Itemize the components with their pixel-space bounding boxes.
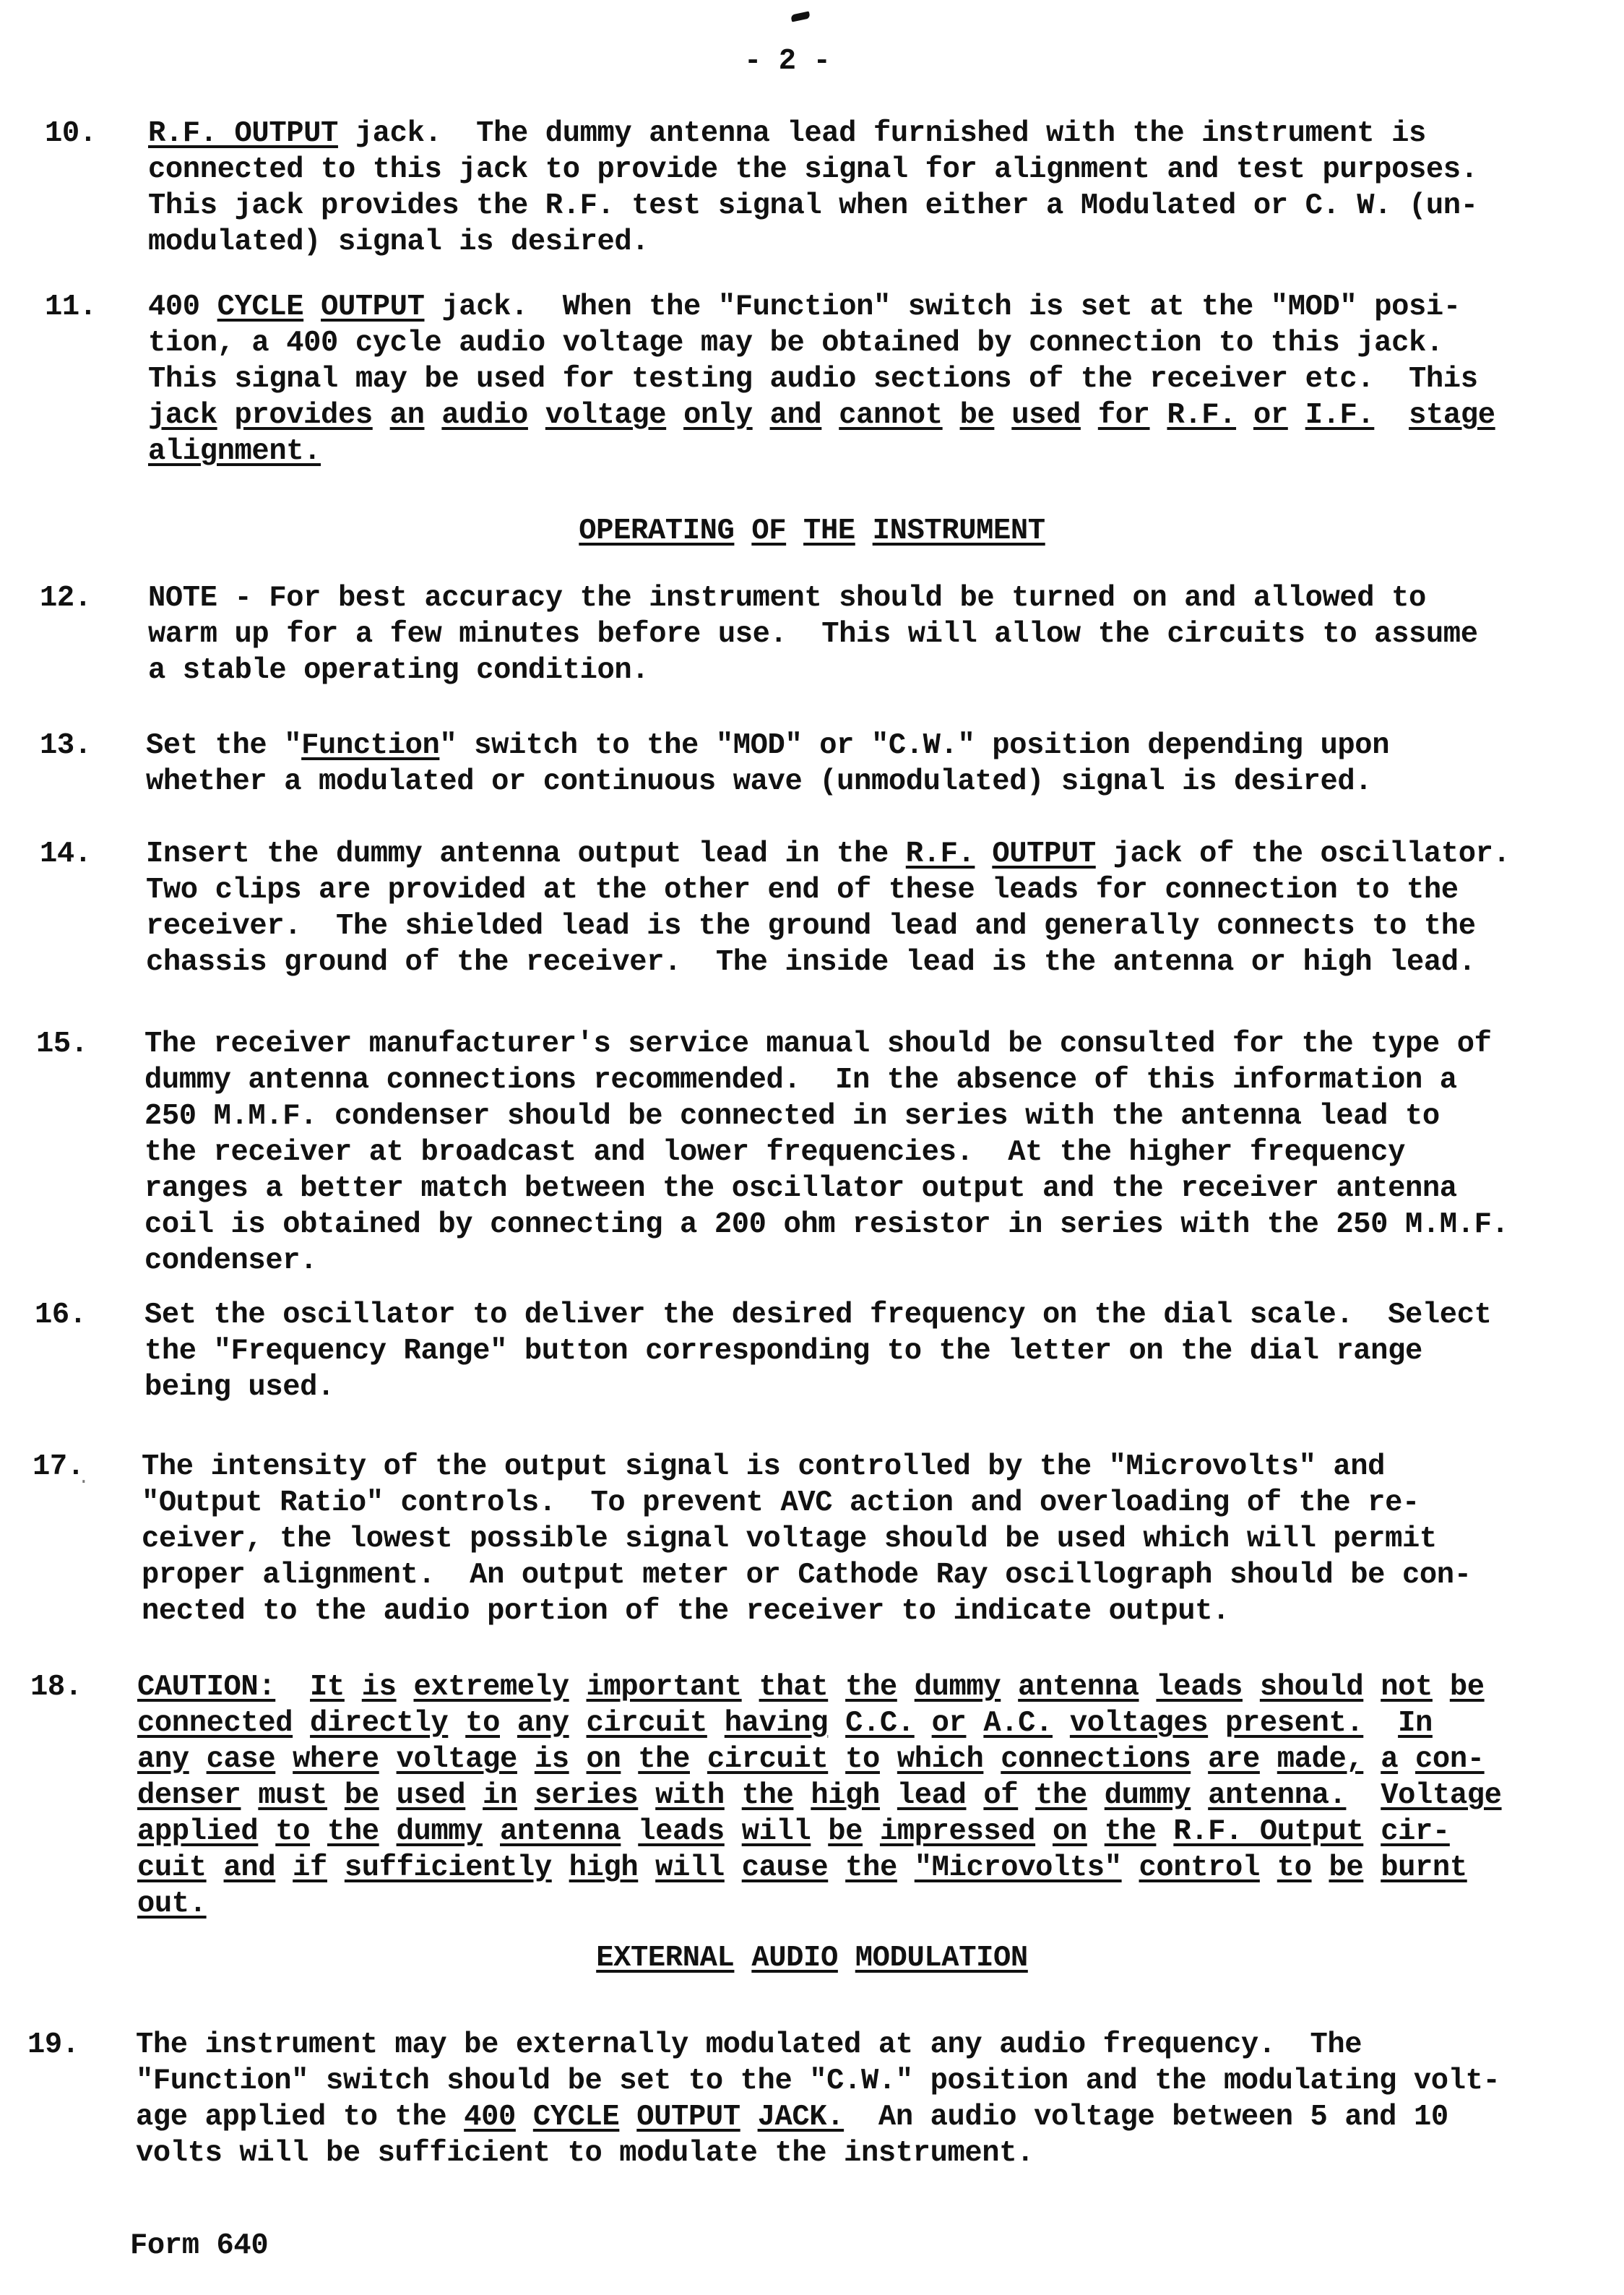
item-text-line: nected to the audio portion of the recei… xyxy=(142,1597,1230,1627)
item-number: 12. xyxy=(40,584,92,613)
item-text-line: receiver. The shielded lead is the groun… xyxy=(146,912,1476,942)
item-text-line: R.F. OUTPUT jack. The dummy antenna lead… xyxy=(148,119,1426,149)
form-number: Form 640 xyxy=(130,2229,268,2262)
ink-mark xyxy=(790,11,811,22)
item-text-line: jack provides an audio voltage only and … xyxy=(148,401,1495,431)
item-number: 13. xyxy=(40,731,92,761)
item-text-line: ranges a better match between the oscill… xyxy=(144,1174,1457,1204)
item-text-line: coil is obtained by connecting a 200 ohm… xyxy=(144,1210,1508,1240)
item-text-line: Two clips are provided at the other end … xyxy=(146,876,1459,905)
item-text-line: connected to this jack to provide the si… xyxy=(148,155,1478,185)
item-text-line: 250 M.M.F. condenser should be connected… xyxy=(144,1102,1440,1132)
item-text-line: The instrument may be externally modulat… xyxy=(136,2031,1362,2060)
item-text-line: NOTE - For best accuracy the instrument … xyxy=(148,584,1426,613)
item-text-line: Insert the dummy antenna output lead in … xyxy=(146,840,1510,869)
item-text-line: whether a modulated or continuous wave (… xyxy=(146,767,1372,797)
item-text-line: age applied to the 400 CYCLE OUTPUT JACK… xyxy=(136,2103,1448,2132)
item-text-line: Set the oscillator to deliver the desire… xyxy=(144,1301,1492,1330)
item-text-line: the receiver at broadcast and lower freq… xyxy=(144,1138,1405,1168)
item-text-line: tion, a 400 cycle audio voltage may be o… xyxy=(148,329,1443,358)
item-text-line: dummy antenna connections recommended. I… xyxy=(144,1066,1457,1095)
item-text-line: applied to the dummy antenna leads will … xyxy=(137,1817,1450,1847)
item-text-line: proper alignment. An output meter or Cat… xyxy=(142,1561,1472,1590)
item-text-line: warm up for a few minutes before use. Th… xyxy=(148,620,1478,650)
item-text-line: This jack provides the R.F. test signal … xyxy=(148,191,1478,221)
item-number: 15. xyxy=(36,1030,88,1059)
item-text-line: the "Frequency Range" button correspondi… xyxy=(144,1337,1422,1366)
section-heading: OPERATING OF THE INSTRUMENT xyxy=(0,517,1624,546)
item-number: 14. xyxy=(40,840,92,869)
item-text-line: cuit and if sufficiently high will cause… xyxy=(137,1853,1467,1883)
item-number: 10. xyxy=(45,119,97,149)
item-text-line: chassis ground of the receiver. The insi… xyxy=(146,948,1476,978)
item-text-line: The intensity of the output signal is co… xyxy=(142,1452,1385,1482)
section-heading: EXTERNAL AUDIO MODULATION xyxy=(0,1944,1624,1973)
item-text-line: out. xyxy=(137,1890,207,1919)
item-text-line: being used. xyxy=(144,1373,334,1403)
item-text-line: volts will be sufficient to modulate the… xyxy=(136,2139,1034,2169)
item-text-line: Set the "Function" switch to the "MOD" o… xyxy=(146,731,1389,761)
item-text-line: any case where voltage is on the circuit… xyxy=(137,1745,1485,1775)
item-text-line: This signal may be used for testing audi… xyxy=(148,365,1478,395)
item-text-line: connected directly to any circuit having… xyxy=(137,1709,1433,1739)
item-number: 11. xyxy=(45,293,97,322)
item-text-line: The receiver manufacturer's service manu… xyxy=(144,1030,1492,1059)
item-text-line: condenser. xyxy=(144,1246,317,1276)
item-text-line: CAUTION: It is extremely important that … xyxy=(137,1673,1485,1702)
item-number: 16. xyxy=(35,1301,87,1330)
item-text-line: "Function" switch should be set to the "… xyxy=(136,2067,1500,2096)
item-number: 18. xyxy=(30,1673,82,1702)
item-text-line: "Output Ratio" controls. To prevent AVC … xyxy=(142,1489,1420,1518)
item-number: 17. xyxy=(33,1452,85,1482)
item-text-line: ceiver, the lowest possible signal volta… xyxy=(142,1525,1437,1554)
document-page: - 2 - 10.R.F. OUTPUT jack. The dummy ant… xyxy=(0,0,1624,2295)
page-number: - 2 - xyxy=(744,45,831,78)
scan-speck: . xyxy=(78,1467,89,1489)
item-text-line: 400 CYCLE OUTPUT jack. When the "Functio… xyxy=(148,293,1461,322)
item-number: 19. xyxy=(27,2031,79,2060)
item-text-line: a stable operating condition. xyxy=(148,656,649,686)
item-text-line: alignment. xyxy=(148,437,321,467)
item-text-line: modulated) signal is desired. xyxy=(148,228,649,257)
item-text-line: denser must be used in series with the h… xyxy=(137,1781,1502,1811)
